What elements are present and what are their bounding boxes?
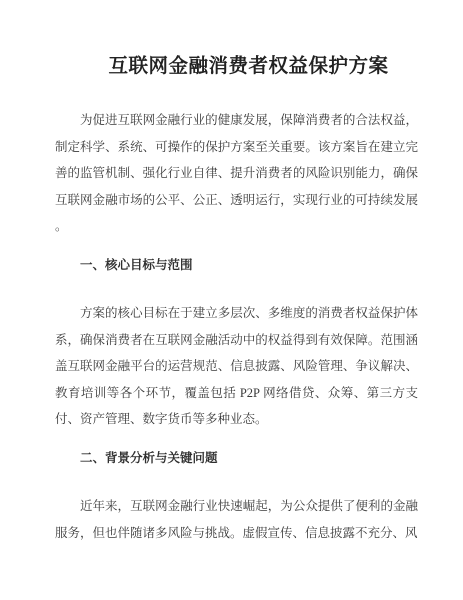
section-heading-2: 二、背景分析与关键问题 xyxy=(55,445,418,472)
paragraph-intro: 为促进互联网金融行业的健康发展，保障消费者的合法权益，制定科学、系统、可操作的保… xyxy=(55,107,418,240)
paragraph-section-2: 近年来，互联网金融行业快速崛起，为公众提供了便利的金融服务，但也伴随诸多风险与挑… xyxy=(55,493,418,546)
document-title: 互联网金融消费者权益保护方案 xyxy=(55,52,418,82)
section-heading-1: 一、核心目标与范围 xyxy=(55,252,418,279)
paragraph-section-1: 方案的核心目标在于建立多层次、多维度的消费者权益保护体系，确保消费者在互联网金融… xyxy=(55,300,418,433)
document-page: 互联网金融消费者权益保护方案 为促进互联网金融行业的健康发展，保障消费者的合法权… xyxy=(0,0,463,600)
